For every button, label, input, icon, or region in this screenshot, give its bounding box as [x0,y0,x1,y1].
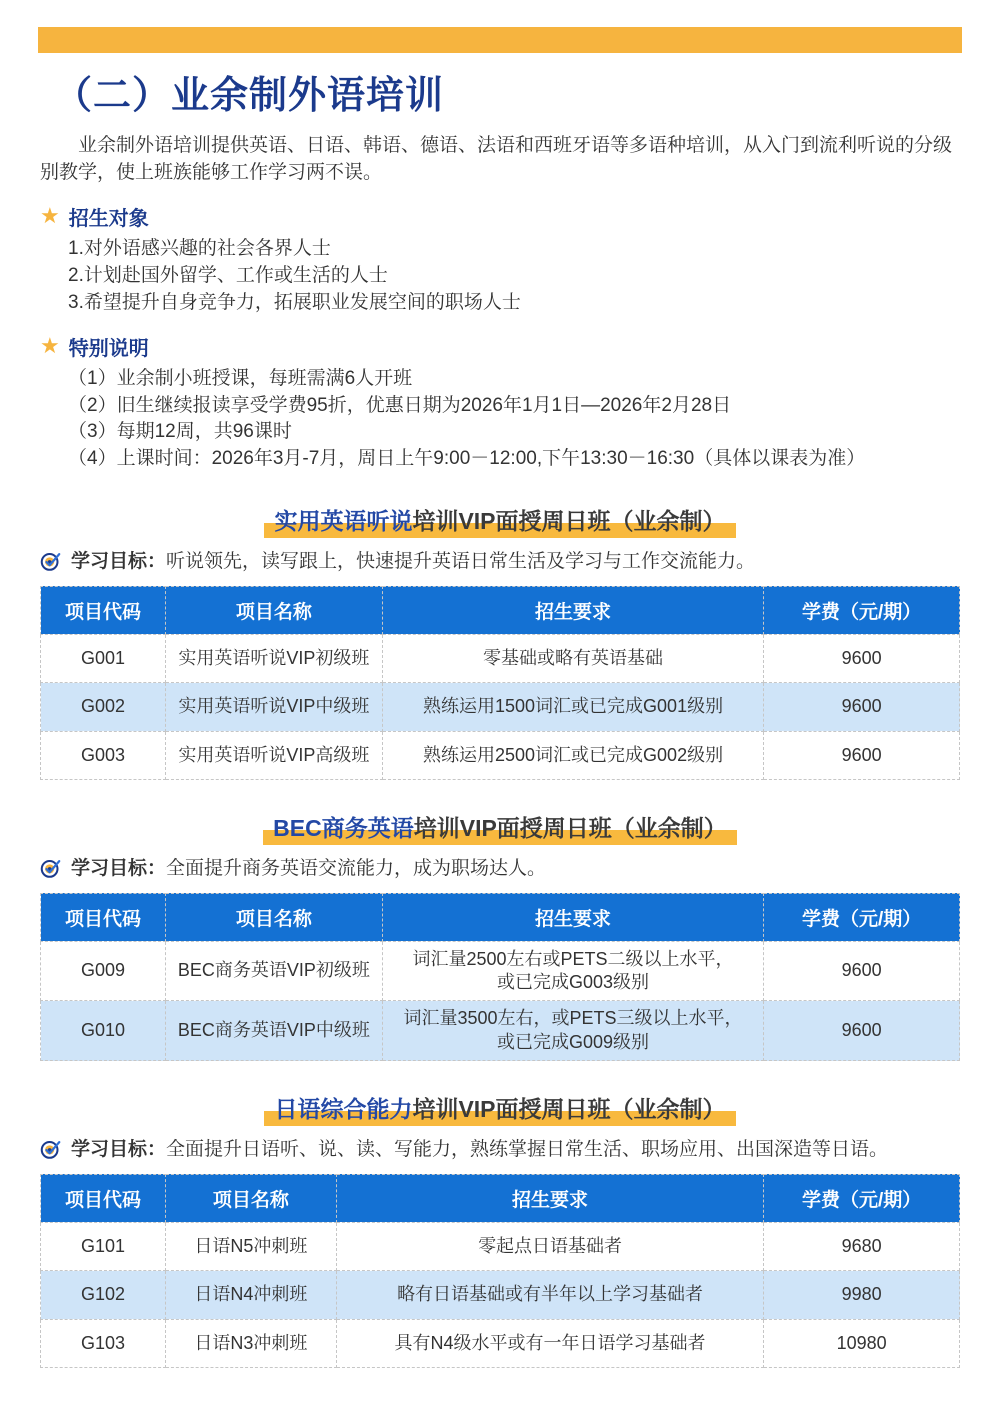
col-header-fee: 学费（元/期） [764,1174,960,1222]
table-row: G003实用英语听说VIP高级班熟练运用2500词汇或已完成G002级别9600 [41,731,960,779]
cell-fee: 9680 [764,1222,960,1270]
col-header-fee: 学费（元/期） [764,586,960,634]
cell-code: G102 [41,1271,166,1319]
course-table: 项目代码 项目名称 招生要求 学费（元/期） G001实用英语听说VIP初级班零… [40,586,960,780]
section-heading: 招生对象 [69,202,149,231]
intro-paragraph: 业余制外语培训提供英语、日语、韩语、德语、法语和西班牙语等多语种培训，从入门到流… [40,133,960,187]
cell-name: BEC商务英语VIP中级班 [165,1001,382,1061]
section-header: ★ 招生对象 [40,202,960,231]
col-header-fee: 学费（元/期） [764,893,960,941]
cell-requirement: 熟练运用2500词汇或已完成G002级别 [382,731,763,779]
course-section-practical-english: 实用英语听说培训VIP面授周日班（业余制） 学习目标：听说领先，读写跟上，快速提… [40,507,960,780]
course-title-highlight: BEC商务英语培训VIP面授周日班（业余制） [263,815,737,845]
section-heading: 特别说明 [69,332,149,361]
cell-name: 实用英语听说VIP初级班 [165,634,382,682]
table-header-row: 项目代码 项目名称 招生要求 学费（元/期） [41,893,960,941]
course-title-highlight: 日语综合能力培训VIP面授周日班（业余制） [264,1096,735,1126]
cell-code: G010 [41,1001,166,1061]
course-title-rest: 培训VIP面授周日班（业余制） [412,508,725,534]
cell-name: 日语N5冲刺班 [165,1222,336,1270]
cell-requirement: 略有日语基础或有半年以上学习基础者 [336,1271,763,1319]
goal-label: 学习目标： [71,858,166,879]
course-table: 项目代码 项目名称 招生要求 学费（元/期） G101日语N5冲刺班零起点日语基… [40,1174,960,1368]
list-item: 3.希望提升自身竞争力，拓展职业发展空间的职场人士 [68,290,960,317]
cell-requirement: 词汇量2500左右或PETS二级以上水平， 或已完成G003级别 [382,941,763,1001]
special-notes-list: （1）业余制小班授课，每班需满6人开班 （2）旧生继续报读享受学费95折，优惠日… [40,366,960,474]
list-item: 2.计划赴国外留学、工作或生活的人士 [68,263,960,290]
learning-goal: 学习目标：全面提升日语听、说、读、写能力，熟练掌握日常生活、职场应用、出国深造等… [40,1137,960,1163]
section-special-notes: ★ 特别说明 （1）业余制小班授课，每班需满6人开班 （2）旧生继续报读享受学费… [40,332,960,474]
page: （二）业余制外语培训 业余制外语培训提供英语、日语、韩语、德语、法语和西班牙语等… [0,0,1000,1398]
course-title-rest: 培训VIP面授周日班（业余制） [414,815,727,841]
list-item: （1）业余制小班授课，每班需满6人开班 [68,366,960,393]
list-item: 1.对外语感兴趣的社会各界人士 [68,236,960,263]
goal-line: 学习目标：全面提升日语听、说、读、写能力，熟练掌握日常生活、职场应用、出国深造等… [71,1137,888,1163]
cell-code: G009 [41,941,166,1001]
cell-name: 实用英语听说VIP高级班 [165,731,382,779]
col-header-name: 项目名称 [165,586,382,634]
goal-text: 全面提升日语听、说、读、写能力，熟练掌握日常生活、职场应用、出国深造等日语。 [166,1139,888,1160]
course-section-japanese-comprehensive: 日语综合能力培训VIP面授周日班（业余制） 学习目标：全面提升日语听、说、读、写… [40,1095,960,1368]
goal-text: 全面提升商务英语交流能力，成为职场达人。 [166,858,546,879]
table-row: G010BEC商务英语VIP中级班词汇量3500左右，或PETS三级以上水平， … [41,1001,960,1061]
course-title-lead: 实用英语听说 [274,508,412,534]
list-item: （3）每期12周，共96课时 [68,419,960,446]
table-row: G009BEC商务英语VIP初级班词汇量2500左右或PETS二级以上水平， 或… [41,941,960,1001]
goal-line: 学习目标：听说领先，读写跟上，快速提升英语日常生活及学习与工作交流能力。 [71,549,755,575]
learning-goal: 学习目标：全面提升商务英语交流能力，成为职场达人。 [40,856,960,882]
course-table: 项目代码 项目名称 招生要求 学费（元/期） G009BEC商务英语VIP初级班… [40,893,960,1062]
goal-line: 学习目标：全面提升商务英语交流能力，成为职场达人。 [71,856,546,882]
cell-code: G103 [41,1319,166,1367]
table-row: G101日语N5冲刺班零起点日语基础者9680 [41,1222,960,1270]
col-header-name: 项目名称 [165,1174,336,1222]
table-row: G002实用英语听说VIP中级班熟练运用1500词汇或已完成G001级别9600 [41,683,960,731]
course-title-rest: 培训VIP面授周日班（业余制） [412,1096,725,1122]
target-icon [40,550,62,572]
course-title-highlight: 实用英语听说培训VIP面授周日班（业余制） [264,508,735,538]
star-icon: ★ [40,335,60,357]
cell-name: 日语N4冲刺班 [165,1271,336,1319]
cell-requirement: 零基础或略有英语基础 [382,634,763,682]
col-header-name: 项目名称 [165,893,382,941]
page-title: （二）业余制外语培训 [54,75,960,119]
col-header-requirement: 招生要求 [382,893,763,941]
cell-code: G001 [41,634,166,682]
target-icon [40,857,62,879]
course-title-lead: BEC商务英语 [273,815,414,841]
cell-fee: 9980 [764,1271,960,1319]
section-header: ★ 特别说明 [40,332,960,361]
cell-fee: 9600 [764,941,960,1001]
goal-text: 听说领先，读写跟上，快速提升英语日常生活及学习与工作交流能力。 [166,551,755,572]
cell-requirement: 熟练运用1500词汇或已完成G001级别 [382,683,763,731]
course-title-lead: 日语综合能力 [274,1096,412,1122]
table-row: G103日语N3冲刺班具有N4级水平或有一年日语学习基础者10980 [41,1319,960,1367]
course-title: 实用英语听说培训VIP面授周日班（业余制） [40,507,960,537]
col-header-code: 项目代码 [41,893,166,941]
course-title: 日语综合能力培训VIP面授周日班（业余制） [40,1095,960,1125]
target-icon [40,1138,62,1160]
cell-code: G003 [41,731,166,779]
col-header-code: 项目代码 [41,1174,166,1222]
table-row: G102日语N4冲刺班略有日语基础或有半年以上学习基础者9980 [41,1271,960,1319]
course-section-bec-business-english: BEC商务英语培训VIP面授周日班（业余制） 学习目标：全面提升商务英语交流能力… [40,814,960,1061]
col-header-code: 项目代码 [41,586,166,634]
cell-code: G101 [41,1222,166,1270]
cell-name: 日语N3冲刺班 [165,1319,336,1367]
enrollment-target-list: 1.对外语感兴趣的社会各界人士 2.计划赴国外留学、工作或生活的人士 3.希望提… [40,236,960,317]
col-header-requirement: 招生要求 [336,1174,763,1222]
star-icon: ★ [40,205,60,227]
cell-requirement: 具有N4级水平或有一年日语学习基础者 [336,1319,763,1367]
learning-goal: 学习目标：听说领先，读写跟上，快速提升英语日常生活及学习与工作交流能力。 [40,549,960,575]
course-title: BEC商务英语培训VIP面授周日班（业余制） [40,814,960,844]
cell-code: G002 [41,683,166,731]
goal-label: 学习目标： [71,1139,166,1160]
cell-name: BEC商务英语VIP初级班 [165,941,382,1001]
col-header-requirement: 招生要求 [382,586,763,634]
cell-requirement: 词汇量3500左右，或PETS三级以上水平， 或已完成G009级别 [382,1001,763,1061]
list-item: （4）上课时间：2026年3月-7月，周日上午9:00－12:00,下午13:3… [68,446,960,473]
cell-fee: 9600 [764,1001,960,1061]
cell-fee: 9600 [764,634,960,682]
goal-label: 学习目标： [71,551,166,572]
cell-requirement: 零起点日语基础者 [336,1222,763,1270]
cell-name: 实用英语听说VIP中级班 [165,683,382,731]
table-row: G001实用英语听说VIP初级班零基础或略有英语基础9600 [41,634,960,682]
cell-fee: 9600 [764,731,960,779]
table-header-row: 项目代码 项目名称 招生要求 学费（元/期） [41,586,960,634]
section-enrollment-targets: ★ 招生对象 1.对外语感兴趣的社会各界人士 2.计划赴国外留学、工作或生活的人… [40,202,960,317]
top-accent-bar [38,27,962,53]
list-item: （2）旧生继续报读享受学费95折，优惠日期为2026年1月1日—2026年2月2… [68,393,960,420]
cell-fee: 10980 [764,1319,960,1367]
cell-fee: 9600 [764,683,960,731]
table-header-row: 项目代码 项目名称 招生要求 学费（元/期） [41,1174,960,1222]
